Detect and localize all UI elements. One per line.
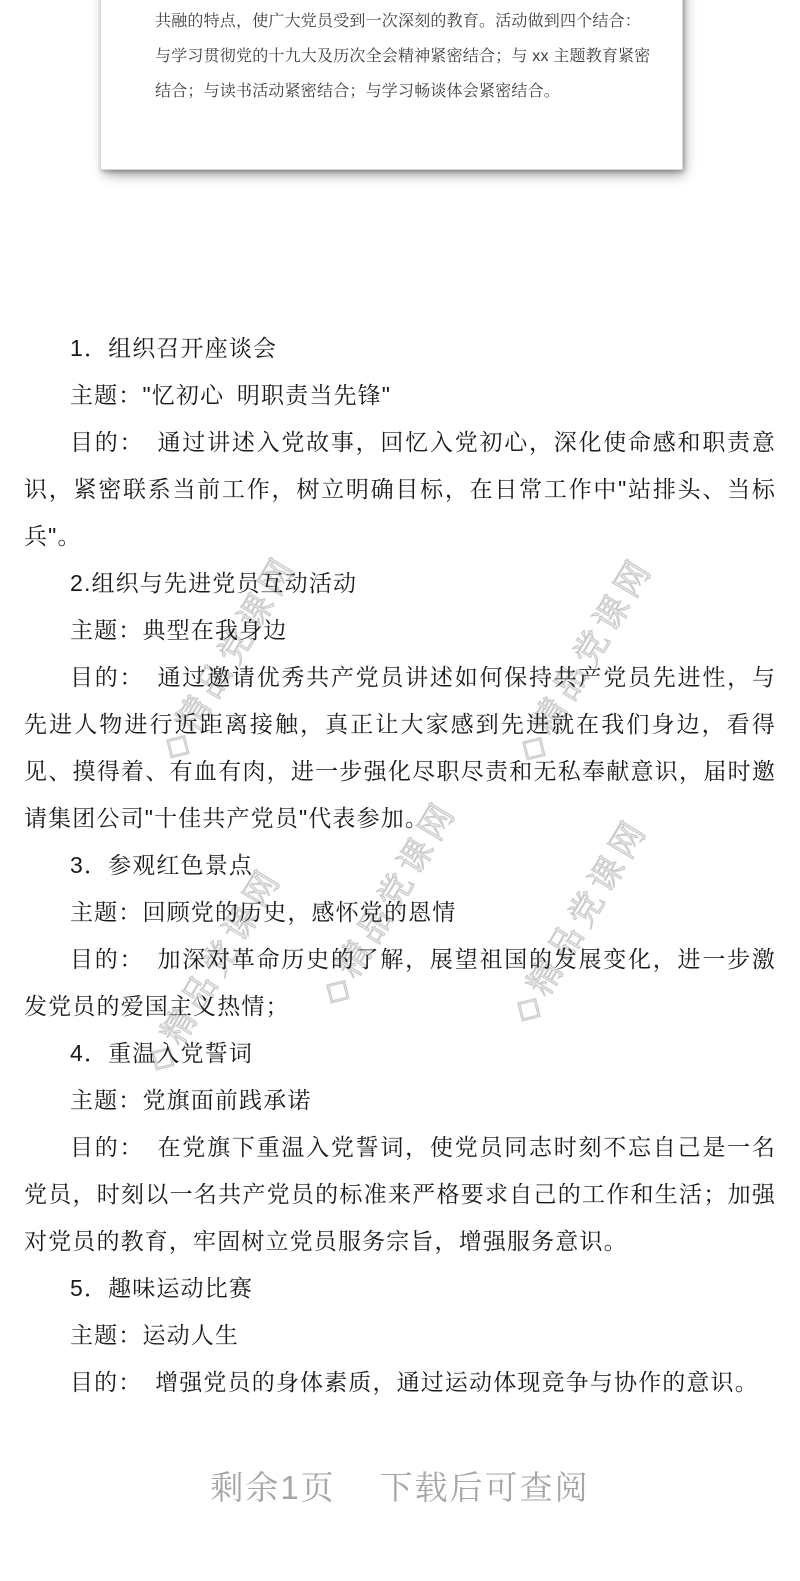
doc-theme-1: 主题："忆初心 明职责当先锋" xyxy=(24,372,776,419)
doc-theme-2: 主题：典型在我身边 xyxy=(24,607,776,654)
previous-page-sheet: 共融的特点，使广大党员受到一次深刻的教育。活动做到四个结合： 与学习贯彻党的十九… xyxy=(100,0,683,170)
doc-purpose-3: 目的： 加深对革命历史的了解，展望祖国的发展变化，进一步激发党员的爱国主义热情； xyxy=(24,936,776,1030)
pages-left-text: 剩余1页 xyxy=(210,1467,335,1509)
sheet-text-line: 共融的特点，使广大党员受到一次深刻的教育。活动做到四个结合： xyxy=(155,4,654,39)
doc-theme-5: 主题：运动人生 xyxy=(24,1312,776,1359)
remaining-pages-notice: 剩余1页 下载后可查阅 xyxy=(0,1467,800,1509)
doc-purpose-2: 目的： 通过邀请优秀共产党员讲述如何保持共产党员先进性，与先进人物进行近距离接触… xyxy=(24,654,776,842)
doc-heading-1: 1．组织召开座谈会 xyxy=(24,325,776,372)
doc-heading-4: 4．重温入党誓词 xyxy=(24,1030,776,1077)
sheet-text-line: 结合；与读书活动紧密结合；与学习畅谈体会紧密结合。 xyxy=(155,74,654,109)
document-body: 1．组织召开座谈会 主题："忆初心 明职责当先锋" 目的： 通过讲述入党故事，回… xyxy=(24,325,776,1406)
doc-heading-5: 5．趣味运动比赛 xyxy=(24,1265,776,1312)
doc-heading-2: 2.组织与先进党员互动活动 xyxy=(24,560,776,607)
doc-theme-3: 主题：回顾党的历史，感怀党的恩情 xyxy=(24,889,776,936)
download-hint-text: 下载后可查阅 xyxy=(380,1467,590,1509)
doc-purpose-5: 目的： 增强党员的身体素质，通过运动体现竞争与协作的意识。 xyxy=(24,1359,776,1406)
doc-heading-3: 3．参观红色景点 xyxy=(24,842,776,889)
doc-purpose-1: 目的： 通过讲述入党故事，回忆入党初心，深化使命感和职责意识，紧密联系当前工作，… xyxy=(24,419,776,560)
doc-theme-4: 主题：党旗面前践承诺 xyxy=(24,1077,776,1124)
sheet-text-line: 与学习贯彻党的十九大及历次全会精神紧密结合；与 xx 主题教育紧密 xyxy=(155,39,654,74)
doc-purpose-4: 目的： 在党旗下重温入党誓词，使党员同志时刻不忘自己是一名党员，时刻以一名共产党… xyxy=(24,1124,776,1265)
